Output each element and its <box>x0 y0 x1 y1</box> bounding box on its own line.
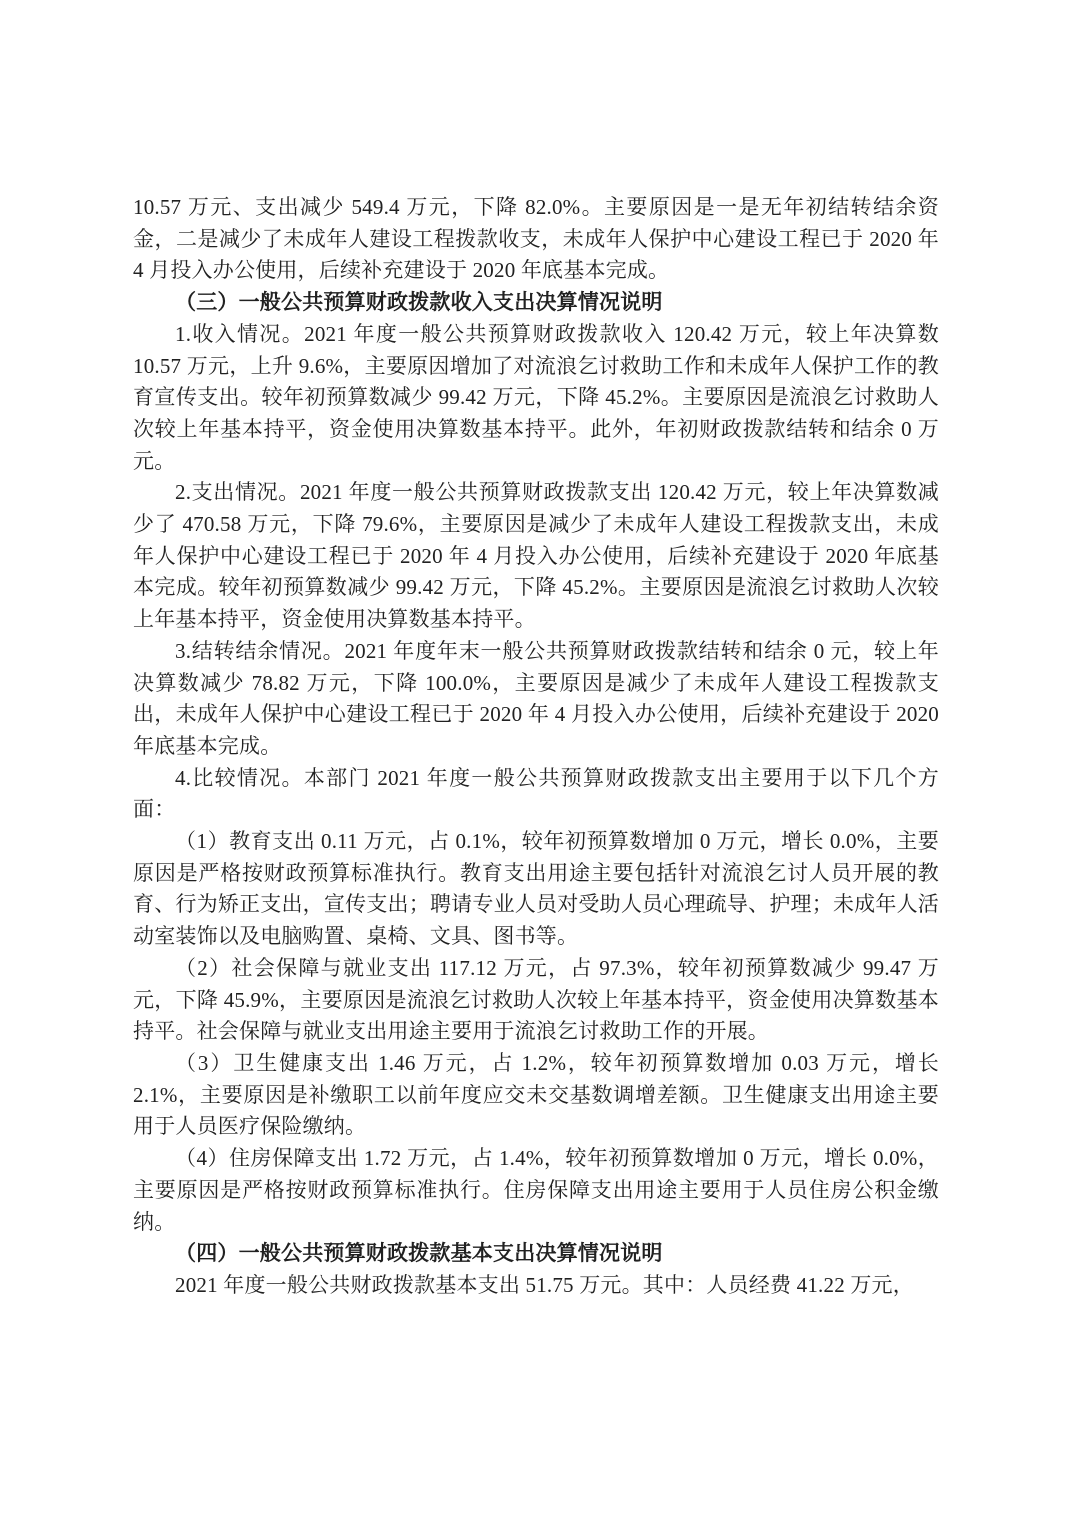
paragraph-education-expenditure: （1）教育支出 0.11 万元，占 0.1%，较年初预算数增加 0 万元，增长 … <box>133 826 939 953</box>
paragraph-expenditure-situation: 2.支出情况。2021 年度一般公共预算财政拨款支出 120.42 万元，较上年… <box>133 477 939 636</box>
paragraph-income-situation: 1.收入情况。2021 年度一般公共预算财政拨款收入 120.42 万元，较上年… <box>133 319 939 478</box>
paragraph-carryover-balance-situation: 3.结转结余情况。2021 年度年末一般公共预算财政拨款结转和结余 0 元，较上… <box>133 636 939 763</box>
paragraph-comparison-intro: 4.比较情况。本部门 2021 年度一般公共预算财政拨款支出主要用于以下几个方面… <box>133 763 939 826</box>
document-text-block: 10.57 万元、支出减少 549.4 万元，下降 82.0%。主要原因是一是无… <box>133 192 939 1302</box>
paragraph-social-security-employment-expenditure: （2）社会保障与就业支出 117.12 万元，占 97.3%，较年初预算数减少 … <box>133 953 939 1048</box>
paragraph-basic-expenditure-summary: 2021 年度一般公共财政拨款基本支出 51.75 万元。其中：人员经费 41.… <box>133 1270 939 1302</box>
document-page: 10.57 万元、支出减少 549.4 万元，下降 82.0%。主要原因是一是无… <box>0 0 1074 1520</box>
heading-section-four-basic-expenditure: （四）一般公共预算财政拨款基本支出决算情况说明 <box>133 1238 939 1270</box>
paragraph-continuation-prev-page: 10.57 万元、支出减少 549.4 万元，下降 82.0%。主要原因是一是无… <box>133 192 939 287</box>
paragraph-health-expenditure: （3）卫生健康支出 1.46 万元，占 1.2%，较年初预算数增加 0.03 万… <box>133 1048 939 1143</box>
heading-section-three-fiscal-appropriation-income-expenditure: （三）一般公共预算财政拨款收入支出决算情况说明 <box>133 287 939 319</box>
paragraph-housing-security-expenditure: （4）住房保障支出 1.72 万元，占 1.4%，较年初预算数增加 0 万元，增… <box>133 1143 939 1238</box>
